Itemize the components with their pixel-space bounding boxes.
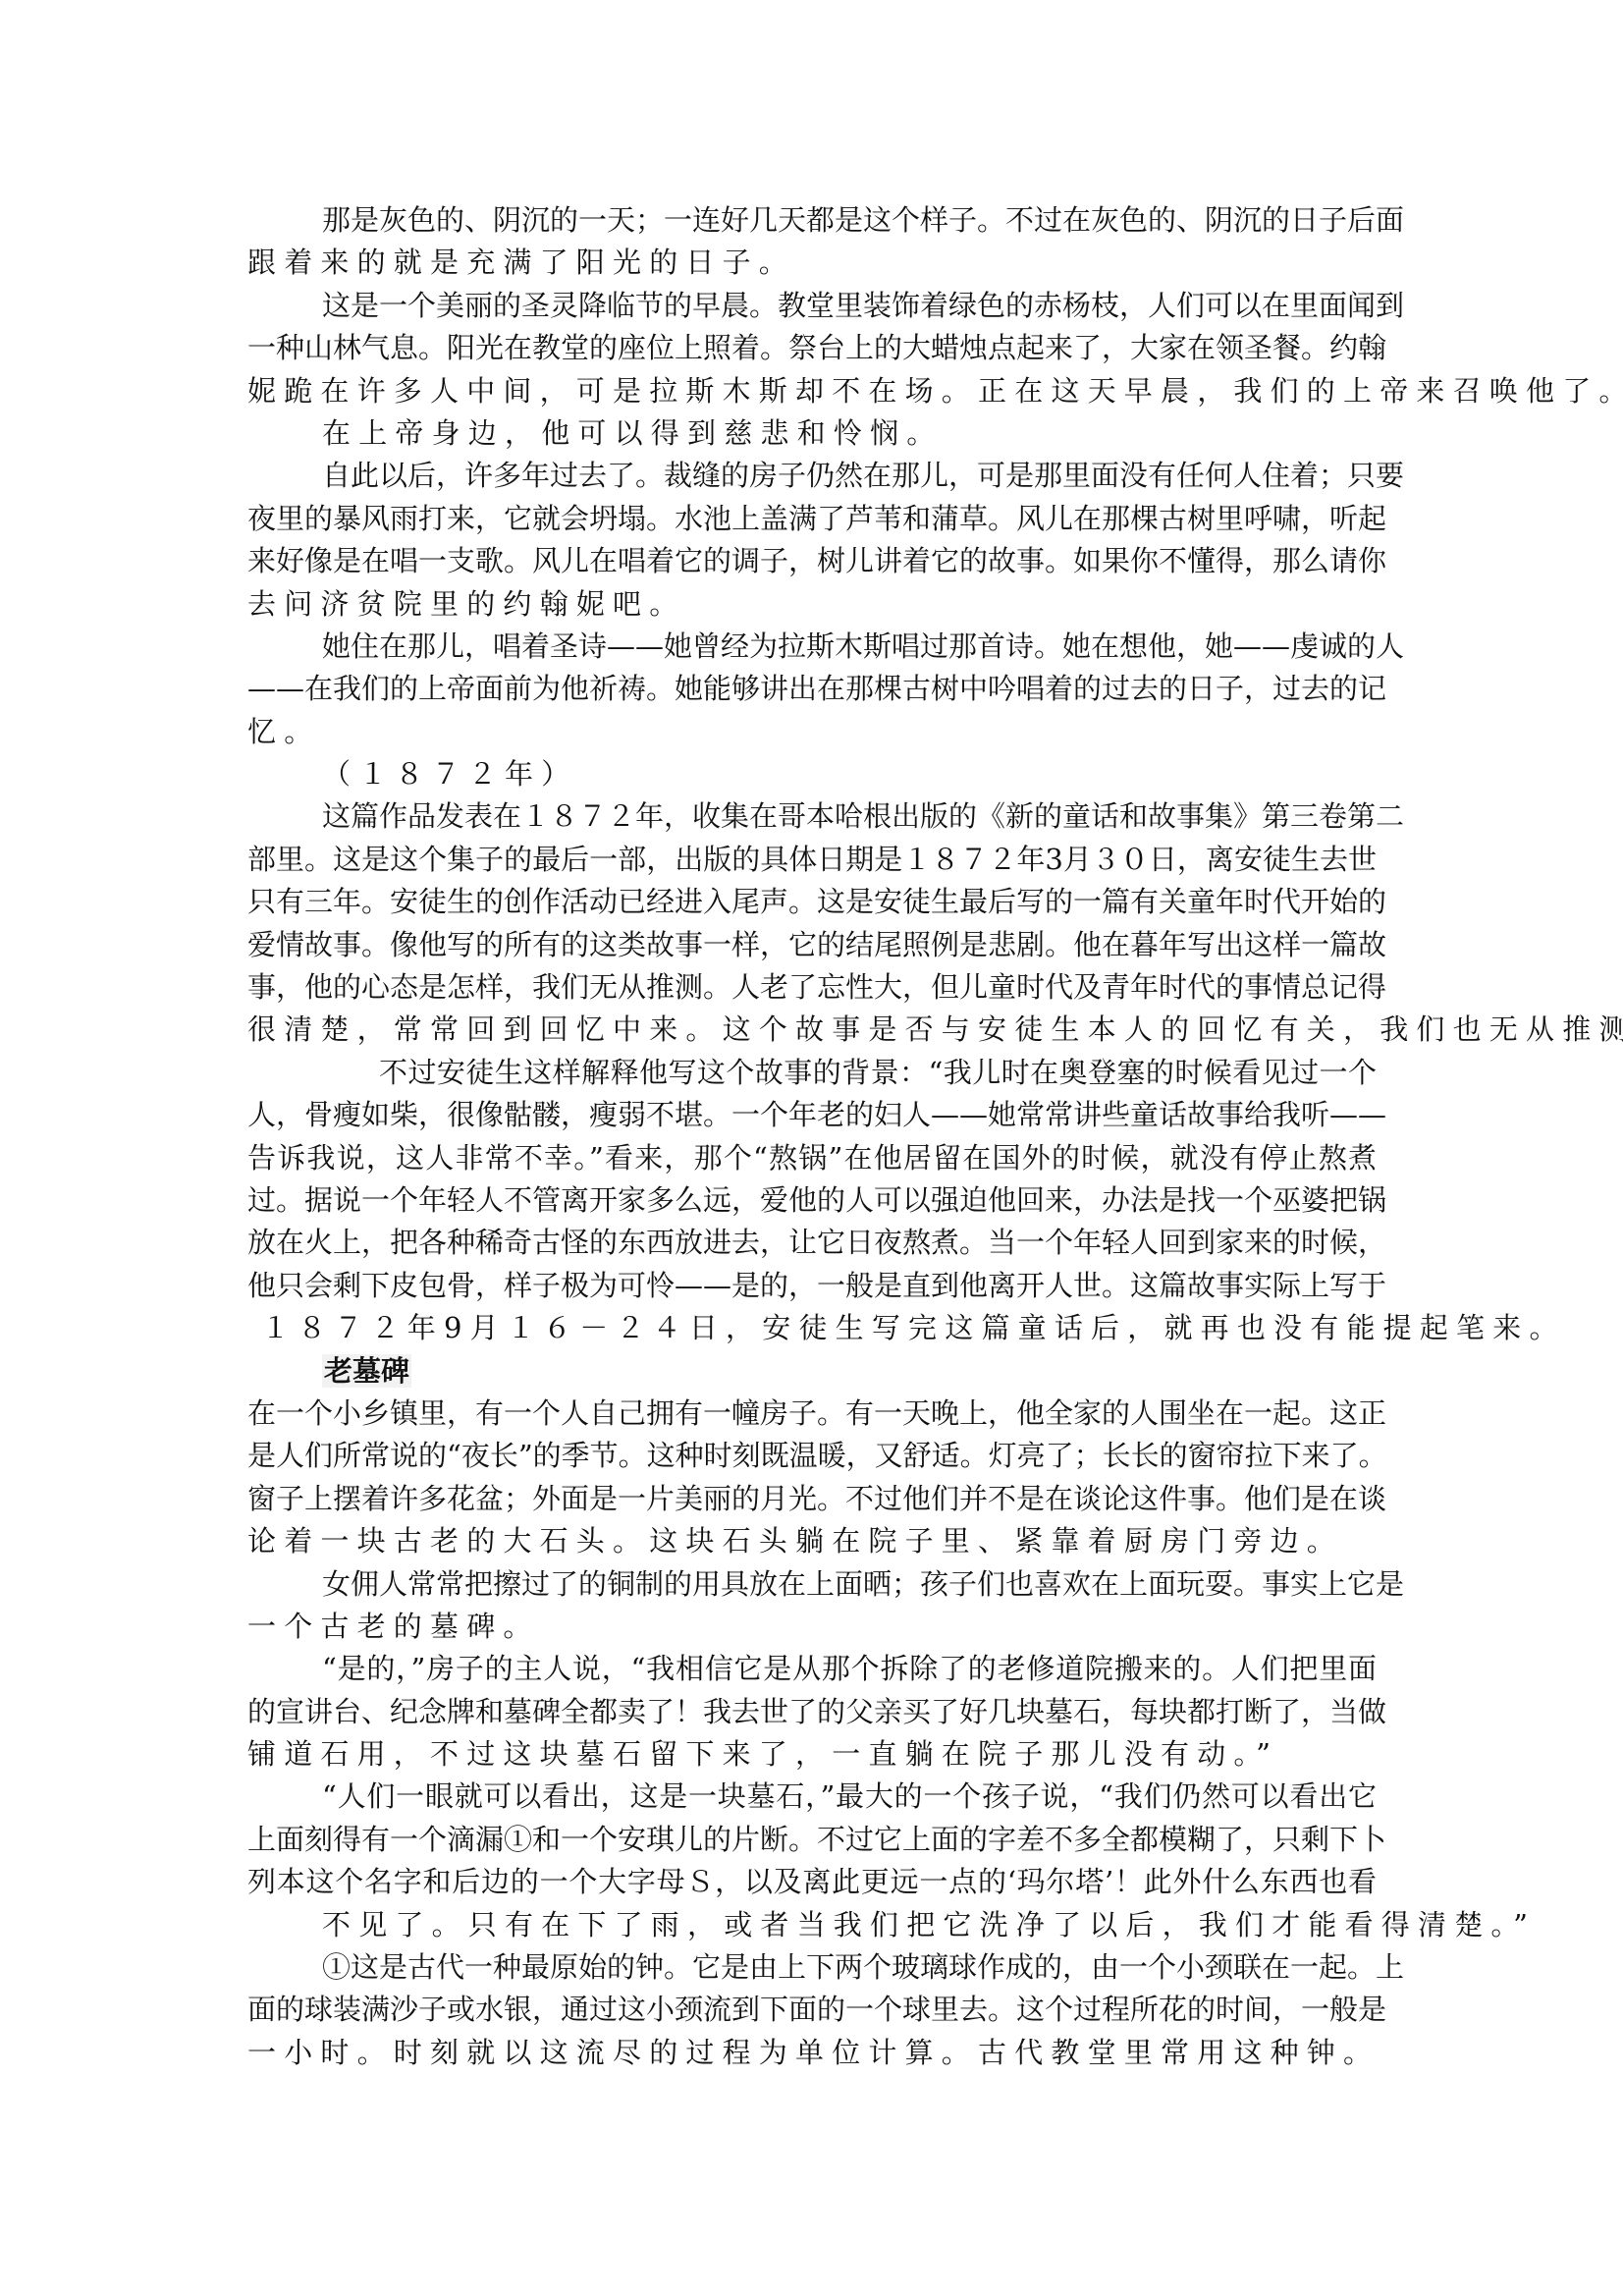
text-line: 这篇作品发表在１８７２年，收集在哥本哈根出版的《新的童话和故事集》第三卷第二 — [247, 795, 1377, 838]
text-line: 是人们所常说的“夜长”的季节。这种时刻既温暖，又舒适。灯亮了；长长的窗帘拉下来了… — [247, 1435, 1377, 1477]
text-line: ①这是古代一种最原始的钟。它是由上下两个玻璃球作成的，由一个小颈联在一起。上 — [247, 1946, 1377, 1989]
text-line: 妮跪在许多人中间，可是拉斯木斯却不在场。正在这天早晨，我们的上帝来召唤他了。 — [247, 370, 1377, 412]
story-title: 老墓碑 — [247, 1350, 1377, 1393]
text-line: 爱情故事。像他写的所有的这类故事一样，它的结尾照例是悲剧。他在暮年写出这样一篇故 — [247, 924, 1377, 966]
text-line: 论着一块古老的大石头。这块石头躺在院子里、紧靠着厨房门旁边。 — [247, 1520, 1377, 1562]
text-line: 她住在那儿，唱着圣诗——她曾经为拉斯木斯唱过那首诗。她在想他，她——虔诚的人 — [247, 626, 1377, 668]
text-line: 一种山林气息。阳光在教堂的座位上照着。祭台上的大蜡烛点起来了，大家在领圣餐。约翰 — [247, 327, 1377, 369]
text-line: 放在火上，把各种稀奇古怪的东西放进去，让它日夜熬煮。当一个年轻人回到家来的时候， — [247, 1222, 1377, 1264]
paragraph: 那是灰色的、阴沉的一天；一连好几天都是这个样子。不过在灰色的、阴沉的日子后面 跟… — [247, 199, 1377, 285]
paragraph: 她住在那儿，唱着圣诗——她曾经为拉斯木斯唱过那首诗。她在想他，她——虔诚的人 —… — [247, 626, 1377, 753]
paragraph: “人们一眼就可以看出，这是一块墓石，”最大的一个孩子说，“我们仍然可以看出它 上… — [247, 1776, 1377, 1946]
text-line: 忆。 — [247, 711, 1377, 753]
text-line: 人，骨瘦如柴，很像骷髅，瘦弱不堪。一个年老的妇人——她常常讲些童话故事给我听—— — [247, 1094, 1377, 1136]
text-line: （１８７２年） — [247, 753, 1377, 795]
paragraph: 女佣人常常把擦过了的铜制的用具放在上面晒；孩子们也喜欢在上面玩耍。事实上它是 一… — [247, 1563, 1377, 1649]
text-line: 面的球装满沙子或水银，通过这小颈流到下面的一个球里去。这个过程所花的时间，一般是 — [247, 1989, 1377, 2031]
text-line: 一小时。时刻就以这流尽的过程为单位计算。古代教堂里常用这种钟。 — [247, 2032, 1377, 2074]
text-line: “人们一眼就可以看出，这是一块墓石，”最大的一个孩子说，“我们仍然可以看出它 — [247, 1776, 1377, 1818]
paragraph: 不过安徒生这样解释他写这个故事的背景：“我儿时在奥登塞的时候看见过一个 人，骨瘦… — [247, 1052, 1377, 1350]
text-line: 在一个小乡镇里，有一个人自己拥有一幢房子。有一天晚上，他全家的人围坐在一起。这正 — [247, 1393, 1377, 1435]
text-line: 告诉我说，这人非常不幸。”看来，那个“熬锅”在他居留在国外的时候，就没有停止熬煮 — [247, 1137, 1377, 1179]
paragraph: “是的，”房子的主人说，“我相信它是从那个拆除了的老修道院搬来的。人们把里面 的… — [247, 1648, 1377, 1776]
text-line: １８７２年9月１６－２４日，安徒生写完这篇童话后，就再也没有能提起笔来。 — [247, 1307, 1377, 1349]
paragraph: 在上帝身边，他可以得到慈悲和怜悯。 — [247, 412, 1377, 455]
text-line: ——在我们的上帝面前为他祈祷。她能够讲出在那棵古树中吟唱着的过去的日子，过去的记 — [247, 668, 1377, 710]
text-line: 女佣人常常把擦过了的铜制的用具放在上面晒；孩子们也喜欢在上面玩耍。事实上它是 — [247, 1563, 1377, 1606]
paragraph: 自此以后，许多年过去了。裁缝的房子仍然在那儿，可是那里面没有任何人住着；只要 夜… — [247, 455, 1377, 626]
text-line: “是的，”房子的主人说，“我相信它是从那个拆除了的老修道院搬来的。人们把里面 — [247, 1648, 1377, 1690]
text-line: 来好像是在唱一支歌。风儿在唱着它的调子，树儿讲着它的故事。如果你不懂得，那么请你 — [247, 540, 1377, 582]
paragraph: 在一个小乡镇里，有一个人自己拥有一幢房子。有一天晚上，他全家的人围坐在一起。这正… — [247, 1393, 1377, 1563]
text-line: 跟着来的就是充满了阳光的日子。 — [247, 242, 1377, 284]
date-note: （１８７２年） — [247, 753, 1377, 795]
text-line: 自此以后，许多年过去了。裁缝的房子仍然在那儿，可是那里面没有任何人住着；只要 — [247, 455, 1377, 497]
text-line: 铺道石用，不过这块墓石留下来了，一直躺在院子那儿没有动。” — [247, 1733, 1377, 1776]
document-page: 那是灰色的、阴沉的一天；一连好几天都是这个样子。不过在灰色的、阴沉的日子后面 跟… — [247, 199, 1377, 2074]
text-line: 在上帝身边，他可以得到慈悲和怜悯。 — [247, 412, 1377, 455]
text-line: 很清楚，常常回到回忆中来。这个故事是否与安徒生本人的回忆有关，我们也无从推测。 — [247, 1009, 1377, 1051]
text-line: 夜里的暴风雨打来，它就会坍塌。水池上盖满了芦苇和蒲草。风儿在那棵古树里呼啸，听起 — [247, 498, 1377, 540]
text-line: 那是灰色的、阴沉的一天；一连好几天都是这个样子。不过在灰色的、阴沉的日子后面 — [247, 199, 1377, 242]
paragraph: 这篇作品发表在１８７２年，收集在哥本哈根出版的《新的童话和故事集》第三卷第二 部… — [247, 795, 1377, 1051]
text-line: 事，他的心态是怎样，我们无从推测。人老了忘性大，但儿童时代及青年时代的事情总记得 — [247, 966, 1377, 1009]
paragraph: 这是一个美丽的圣灵降临节的早晨。教堂里装饰着绿色的赤杨枝，人们可以在里面闻到 一… — [247, 285, 1377, 412]
text-line: 的宣讲台、纪念牌和墓碑全都卖了！我去世了的父亲买了好几块墓石，每块都打断了，当做 — [247, 1691, 1377, 1733]
text-line: 不见了。只有在下了雨，或者当我们把它洗净了以后，我们才能看得清楚。” — [247, 1904, 1377, 1946]
text-line: 上面刻得有一个滴漏①和一个安琪儿的片断。不过它上面的字差不多全都模糊了，只剩下卜 — [247, 1819, 1377, 1861]
text-line: 列本这个名字和后边的一个大字母Ｓ，以及离此更远一点的‘玛尔塔’！此外什么东西也看 — [247, 1861, 1377, 1903]
text-line: 窗子上摆着许多花盆；外面是一片美丽的月光。不过他们并不是在谈论这件事。他们是在谈 — [247, 1478, 1377, 1520]
text-line: 不过安徒生这样解释他写这个故事的背景：“我儿时在奥登塞的时候看见过一个 — [247, 1052, 1377, 1094]
text-line: 过。据说一个年轻人不管离开家多么远，爱他的人可以强迫他回来，办法是找一个巫婆把锅 — [247, 1179, 1377, 1222]
text-line: 部里。这是这个集子的最后一部，出版的具体日期是１８７２年3月３０日，离安徒生去世 — [247, 839, 1377, 881]
footnote: ①这是古代一种最原始的钟。它是由上下两个玻璃球作成的，由一个小颈联在一起。上 面… — [247, 1946, 1377, 2074]
text-line: 他只会剩下皮包骨，样子极为可怜——是的，一般是直到他离开人世。这篇故事实际上写于 — [247, 1265, 1377, 1307]
text-line: 只有三年。安徒生的创作活动已经进入尾声。这是安徒生最后写的一篇有关童年时代开始的 — [247, 881, 1377, 923]
text-line: 去问济贫院里的约翰妮吧。 — [247, 583, 1377, 626]
story-title-text: 老墓碑 — [322, 1354, 411, 1388]
text-line: 这是一个美丽的圣灵降临节的早晨。教堂里装饰着绿色的赤杨枝，人们可以在里面闻到 — [247, 285, 1377, 327]
text-line: 一个古老的墓碑。 — [247, 1606, 1377, 1648]
